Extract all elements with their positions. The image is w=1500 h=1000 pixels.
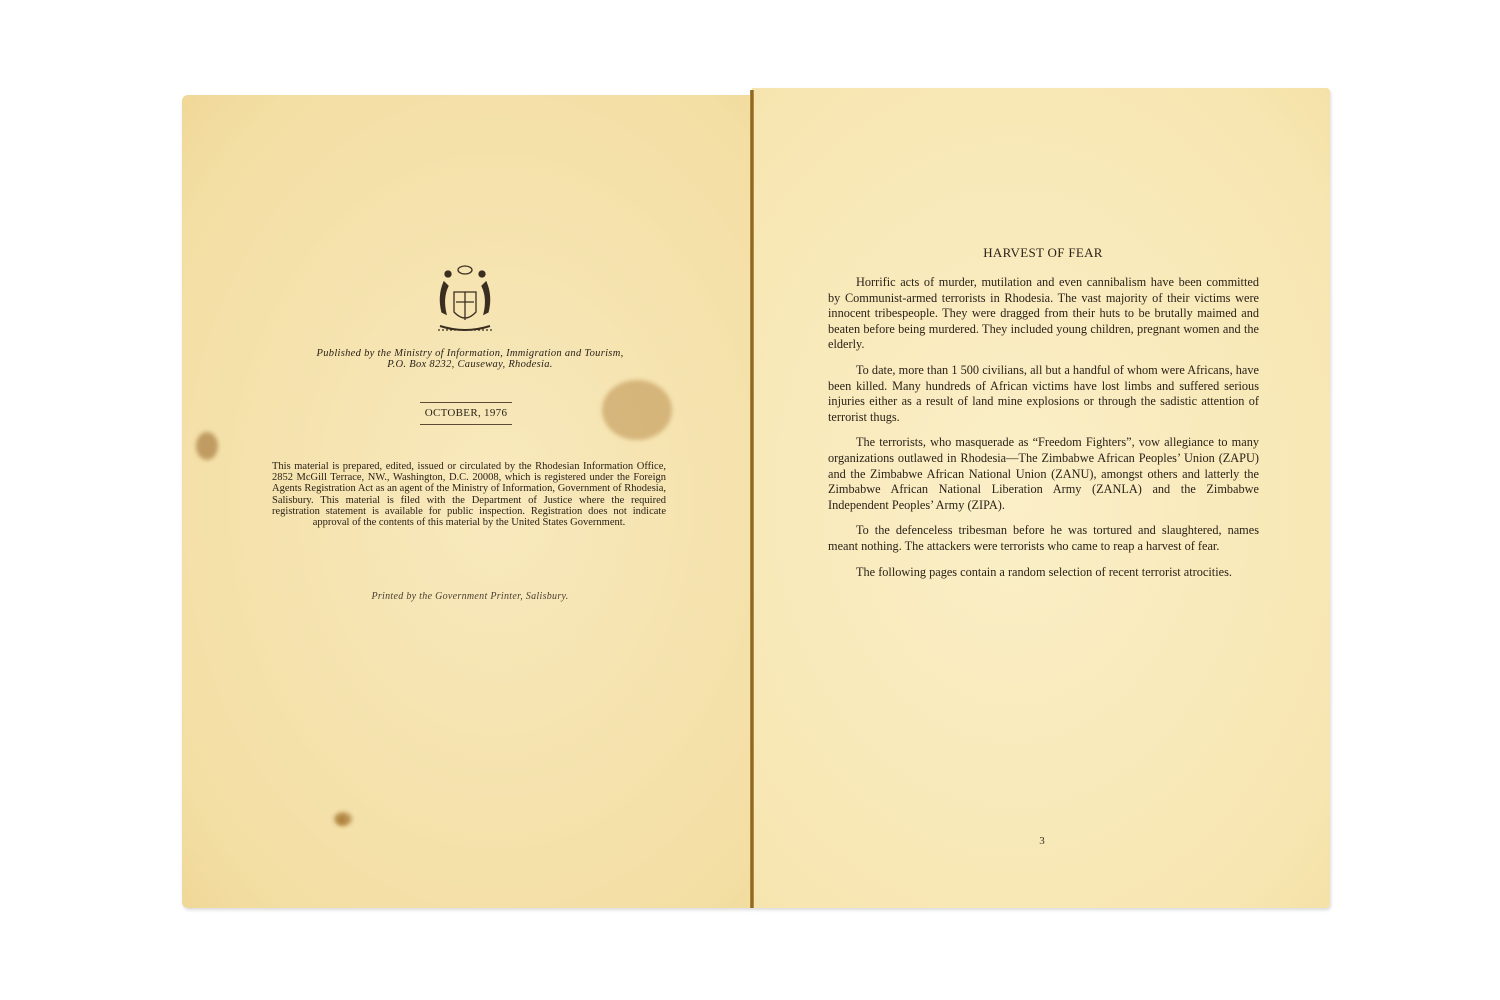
- paragraph: The following pages contain a random sel…: [828, 565, 1259, 581]
- publication-date-block: OCTOBER, 1976: [420, 402, 512, 425]
- publisher-line-1: Published by the Ministry of Information…: [262, 348, 678, 359]
- paragraph: To the defenceless tribesman before he w…: [828, 523, 1259, 554]
- date-rule-bottom: [420, 424, 512, 425]
- booklet-spine: [750, 90, 754, 908]
- paragraph: Horrific acts of murder, mutilation and …: [828, 275, 1259, 353]
- printer-credit: Printed by the Government Printer, Salis…: [262, 591, 678, 602]
- publisher-line-2: P.O. Box 8232, Causeway, Rhodesia.: [262, 359, 678, 370]
- page-number: 3: [1035, 835, 1049, 847]
- paragraph: The terrorists, who masquerade as “Freed…: [828, 435, 1259, 513]
- stain-spot: [196, 432, 218, 460]
- fara-disclaimer: This material is prepared, edited, issue…: [272, 461, 666, 528]
- stain-spot: [334, 812, 352, 826]
- paragraph: To date, more than 1 500 civilians, all …: [828, 363, 1259, 425]
- stain-spot: [602, 380, 672, 440]
- coat-of-arms-icon: [430, 262, 500, 340]
- page-title: HARVEST OF FEAR: [828, 245, 1258, 261]
- article-body: Horrific acts of murder, mutilation and …: [828, 275, 1259, 590]
- publisher-info: Published by the Ministry of Information…: [262, 348, 678, 370]
- publication-date: OCTOBER, 1976: [420, 403, 512, 424]
